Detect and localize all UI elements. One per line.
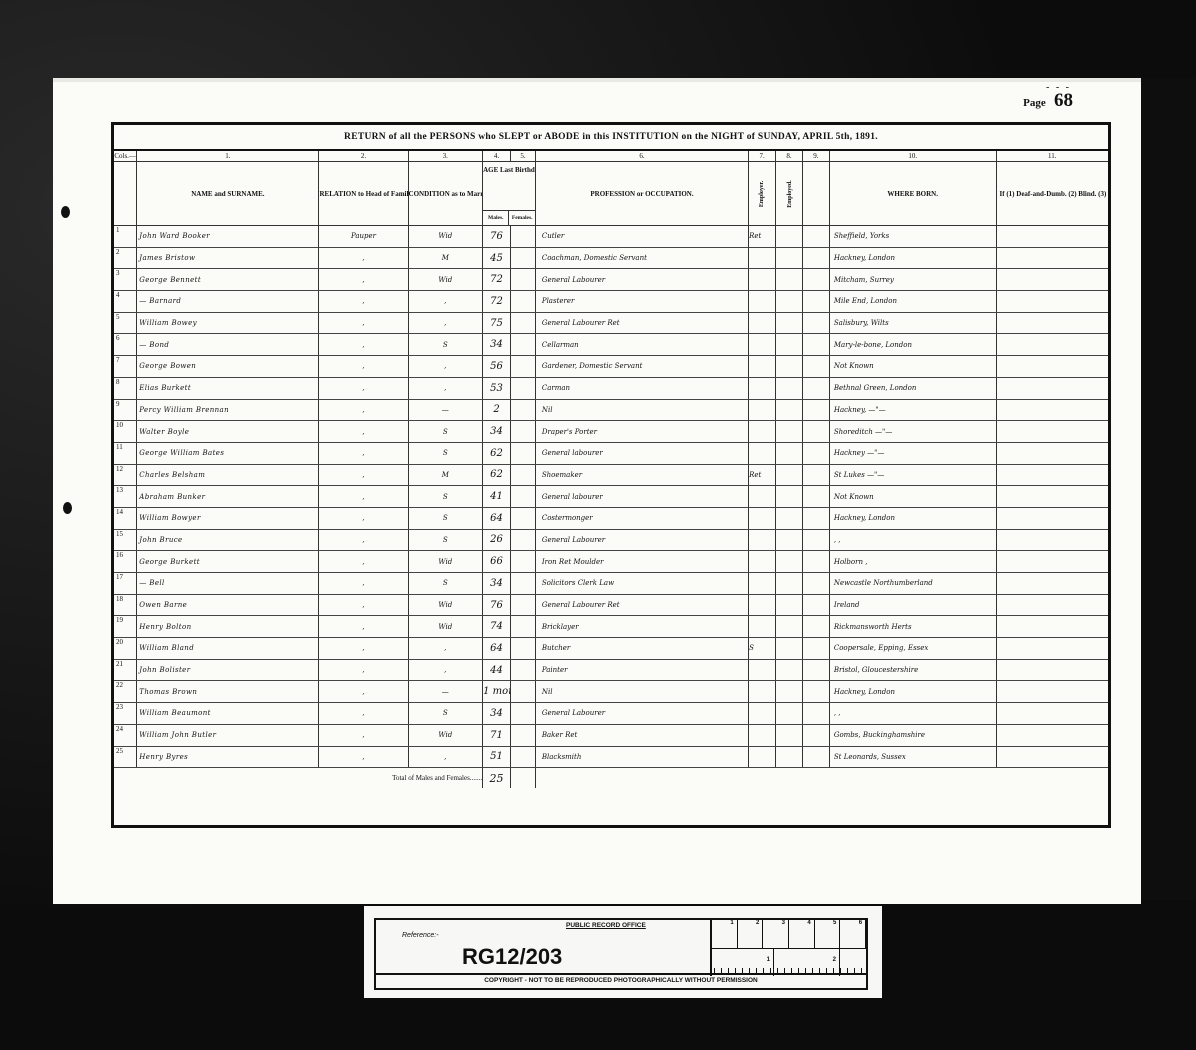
employed-cell <box>776 226 803 248</box>
relation-cell: , <box>319 659 408 681</box>
relation-cell: Pauper <box>319 226 408 248</box>
row-number: 4 <box>114 291 137 313</box>
relation-cell: , <box>319 507 408 529</box>
females-header: Females. <box>509 211 534 225</box>
where-born-cell: Bethnal Green, London <box>829 377 996 399</box>
where-born-cell: Newcastle Northumberland <box>829 573 996 595</box>
employed-header: Employed. <box>776 162 803 226</box>
infirmity-cell <box>996 377 1108 399</box>
employer-cell: Ret <box>749 464 776 486</box>
employer-cell <box>749 312 776 334</box>
female-age-cell <box>511 334 536 356</box>
table-row: 15John Bruce,S26General Labourer, , <box>114 529 1108 551</box>
where-born-cell: Shoreditch —"— <box>829 421 996 443</box>
where-born-cell: Not Known <box>829 356 996 378</box>
name-cell: John Bolister <box>137 659 319 681</box>
infirmity-cell <box>996 638 1108 660</box>
census-table: Cols.— 1. 2. 3. 4. 5. 6. 7. 8. 9. 10. 11… <box>114 151 1108 788</box>
col-number: 6. <box>535 151 748 162</box>
name-cell: — Barnard <box>137 291 319 313</box>
employed-header-label: Employed. <box>786 180 794 208</box>
relation-cell: , <box>319 724 408 746</box>
col-number: 3. <box>408 151 483 162</box>
female-age-cell <box>511 464 536 486</box>
occupation-cell: Plasterer <box>535 291 748 313</box>
table-row: 5William Bowey,,75General Labourer RetSa… <box>114 312 1108 334</box>
own-account-cell <box>802 247 829 269</box>
col-number: 8. <box>776 151 803 162</box>
relation-cell: , <box>319 356 408 378</box>
infirmity-cell <box>996 421 1108 443</box>
male-age-cell: 34 <box>483 703 511 725</box>
total-males: 25 <box>483 768 511 789</box>
infirmity-cell <box>996 399 1108 421</box>
male-age-cell: 34 <box>483 573 511 595</box>
female-age-cell <box>511 486 536 508</box>
male-age-cell: 53 <box>483 377 511 399</box>
where-born-cell: St Leonards, Sussex <box>829 746 996 768</box>
employed-cell <box>776 356 803 378</box>
relation-cell: , <box>319 312 408 334</box>
reference-card: Reference:- PUBLIC RECORD OFFICE RG12/20… <box>364 906 882 998</box>
own-account-cell <box>802 659 829 681</box>
occupation-cell: Butcher <box>535 638 748 660</box>
where-born-cell: , , <box>829 529 996 551</box>
name-cell: William Bowey <box>137 312 319 334</box>
employer-cell <box>749 269 776 291</box>
occupation-cell: General Labourer <box>535 269 748 291</box>
public-record-office-label: PUBLIC RECORD OFFICE <box>566 922 646 929</box>
where-born-cell: Not Known <box>829 486 996 508</box>
where-born-cell: Mitcham, Surrey <box>829 269 996 291</box>
table-row: 25Henry Byres,,51BlacksmithSt Leonards, … <box>114 746 1108 768</box>
own-account-cell <box>802 377 829 399</box>
male-age-cell: 34 <box>483 334 511 356</box>
where-born-cell: Rickmansworth Herts <box>829 616 996 638</box>
table-row: 19Henry Bolton,Wid74BricklayerRickmanswo… <box>114 616 1108 638</box>
infirmity-cell <box>996 247 1108 269</box>
where-born-cell: Mile End, London <box>829 291 996 313</box>
own-account-cell <box>802 594 829 616</box>
condition-cell: Wid <box>408 616 483 638</box>
occupation-header: PROFESSION or OCCUPATION. <box>535 162 748 226</box>
male-age-cell: 76 <box>483 226 511 248</box>
occupation-cell: Bricklayer <box>535 616 748 638</box>
female-age-cell <box>511 681 536 703</box>
male-age-cell: 74 <box>483 616 511 638</box>
name-cell: Owen Barne <box>137 594 319 616</box>
male-age-cell: 64 <box>483 638 511 660</box>
employed-cell <box>776 724 803 746</box>
occupation-cell: Painter <box>535 659 748 681</box>
occupation-cell: Gardener, Domestic Servant <box>535 356 748 378</box>
female-age-cell <box>511 312 536 334</box>
row-number: 3 <box>114 269 137 291</box>
name-cell: William John Butler <box>137 724 319 746</box>
row-number: 19 <box>114 616 137 638</box>
employed-cell <box>776 746 803 768</box>
condition-cell: S <box>408 529 483 551</box>
table-row: 7George Bowen,,56Gardener, Domestic Serv… <box>114 356 1108 378</box>
where-born-cell: St Lukes —"— <box>829 464 996 486</box>
condition-cell: S <box>408 486 483 508</box>
table-row: 14William Bowyer,S64CostermongerHackney,… <box>114 507 1108 529</box>
name-cell: Percy William Brennan <box>137 399 319 421</box>
female-age-cell <box>511 659 536 681</box>
row-number: 2 <box>114 247 137 269</box>
table-row: 17— Bell,S34Solicitors Clerk LawNewcastl… <box>114 573 1108 595</box>
name-cell: Elias Burkett <box>137 377 319 399</box>
binding-hole-icon <box>63 502 72 514</box>
condition-cell: Wid <box>408 724 483 746</box>
employed-cell <box>776 551 803 573</box>
infirmity-header: If (1) Deaf-and-Dumb. (2) Blind. (3) Lun… <box>996 162 1108 226</box>
own-account-cell <box>802 269 829 291</box>
employed-cell <box>776 421 803 443</box>
ruler-mark: 3 <box>763 920 789 948</box>
ruler-bottom: 1 2 <box>712 949 866 976</box>
row-number: 13 <box>114 486 137 508</box>
name-cell: Charles Belsham <box>137 464 319 486</box>
col-number: 4. <box>483 151 511 162</box>
col-number: 9. <box>802 151 829 162</box>
employer-cell <box>749 724 776 746</box>
table-row: 10Walter Boyle,S34Draper's PorterShoredi… <box>114 421 1108 443</box>
where-born-cell: Bristol, Gloucestershire <box>829 659 996 681</box>
table-row: 9Percy William Brennan,—2NilHackney, —"— <box>114 399 1108 421</box>
census-page: - - - Page 68 RETURN of all the PERSONS … <box>53 78 1141 904</box>
male-age-cell: 26 <box>483 529 511 551</box>
employed-cell <box>776 291 803 313</box>
relation-cell: , <box>319 399 408 421</box>
condition-cell: Wid <box>408 594 483 616</box>
employed-cell <box>776 529 803 551</box>
employer-cell: Ret <box>749 226 776 248</box>
own-account-cell <box>802 421 829 443</box>
name-cell: Abraham Bunker <box>137 486 319 508</box>
employer-cell <box>749 377 776 399</box>
female-age-cell <box>511 594 536 616</box>
condition-cell: S <box>408 573 483 595</box>
col-number: 11. <box>996 151 1108 162</box>
own-account-cell <box>802 507 829 529</box>
infirmity-cell <box>996 486 1108 508</box>
own-account-cell <box>802 312 829 334</box>
female-age-cell <box>511 638 536 660</box>
row-number-header <box>114 162 137 226</box>
condition-cell: S <box>408 334 483 356</box>
row-number: 18 <box>114 594 137 616</box>
row-number: 9 <box>114 399 137 421</box>
name-cell: William Bland <box>137 638 319 660</box>
col-number: 5. <box>511 151 536 162</box>
employer-cell <box>749 573 776 595</box>
male-age-cell: 75 <box>483 312 511 334</box>
employer-cell <box>749 529 776 551</box>
relation-cell: , <box>319 247 408 269</box>
own-account-cell <box>802 638 829 660</box>
employer-cell <box>749 681 776 703</box>
employer-cell <box>749 486 776 508</box>
employer-cell <box>749 356 776 378</box>
relation-cell: , <box>319 594 408 616</box>
own-account-cell <box>802 573 829 595</box>
infirmity-cell <box>996 529 1108 551</box>
female-age-cell <box>511 399 536 421</box>
own-account-cell <box>802 529 829 551</box>
page-label: Page <box>1023 97 1046 109</box>
cols-label: Cols.— <box>114 151 137 162</box>
row-number: 7 <box>114 356 137 378</box>
males-header: Males. <box>483 211 509 225</box>
employed-cell <box>776 573 803 595</box>
employer-cell <box>749 551 776 573</box>
male-age-cell: 56 <box>483 356 511 378</box>
table-row: 4— Barnard,,72PlastererMile End, London <box>114 291 1108 313</box>
employed-cell <box>776 486 803 508</box>
infirmity-cell <box>996 442 1108 464</box>
female-age-cell <box>511 356 536 378</box>
condition-cell: Wid <box>408 269 483 291</box>
relation-cell: , <box>319 551 408 573</box>
condition-cell: , <box>408 659 483 681</box>
occupation-cell: General labourer <box>535 486 748 508</box>
employer-header: Employer. <box>749 162 776 226</box>
infirmity-cell <box>996 269 1108 291</box>
employer-cell <box>749 291 776 313</box>
condition-cell: M <box>408 247 483 269</box>
relation-cell: , <box>319 638 408 660</box>
table-row: 1John Ward BookerPauperWid76CutlerRetShe… <box>114 226 1108 248</box>
occupation-cell: Shoemaker <box>535 464 748 486</box>
column-header-row: NAME and SURNAME. RELATION to Head of Fa… <box>114 162 1108 226</box>
occupation-cell: Carman <box>535 377 748 399</box>
name-cell: — Bell <box>137 573 319 595</box>
condition-cell: , <box>408 291 483 313</box>
infirmity-cell <box>996 724 1108 746</box>
relation-cell: , <box>319 377 408 399</box>
relation-cell: , <box>319 291 408 313</box>
employed-cell <box>776 399 803 421</box>
where-born-cell: Ireland <box>829 594 996 616</box>
where-born-cell: Hackney, London <box>829 507 996 529</box>
where-born-cell: Hackney, London <box>829 247 996 269</box>
female-age-cell <box>511 616 536 638</box>
male-age-cell: 44 <box>483 659 511 681</box>
employed-cell <box>776 442 803 464</box>
employer-header-label: Employer. <box>758 181 766 207</box>
condition-cell: S <box>408 507 483 529</box>
employer-cell <box>749 442 776 464</box>
occupation-cell: Solicitors Clerk Law <box>535 573 748 595</box>
male-age-cell: 2 <box>483 399 511 421</box>
occupation-cell: Draper's Porter <box>535 421 748 443</box>
occupation-cell: Baker Ret <box>535 724 748 746</box>
total-row: Total of Males and Females....... 25 <box>114 768 1108 789</box>
own-account-cell <box>802 703 829 725</box>
table-row: 12Charles Belsham,M62ShoemakerRetSt Luke… <box>114 464 1108 486</box>
occupation-cell: General Labourer Ret <box>535 594 748 616</box>
name-cell: John Ward Booker <box>137 226 319 248</box>
male-age-cell: 41 <box>483 486 511 508</box>
row-number: 15 <box>114 529 137 551</box>
name-cell: Henry Byres <box>137 746 319 768</box>
name-cell: George William Bates <box>137 442 319 464</box>
female-age-cell <box>511 247 536 269</box>
row-number: 14 <box>114 507 137 529</box>
relation-cell: , <box>319 529 408 551</box>
relation-cell: , <box>319 616 408 638</box>
employer-cell <box>749 616 776 638</box>
employed-cell <box>776 681 803 703</box>
infirmity-cell <box>996 507 1108 529</box>
scale-ruler: 1 2 3 4 5 6 1 2 <box>710 920 866 976</box>
employer-cell <box>749 421 776 443</box>
table-row: 24William John Butler,Wid71Baker RetGomb… <box>114 724 1108 746</box>
infirmity-cell <box>996 573 1108 595</box>
reference-label: Reference:- <box>402 932 439 939</box>
infirmity-cell <box>996 659 1108 681</box>
total-row-filler <box>535 768 1108 789</box>
where-born-cell: Hackney, —"— <box>829 399 996 421</box>
employer-cell <box>749 659 776 681</box>
condition-cell: S <box>408 442 483 464</box>
where-born-cell: Gombs, Buckinghamshire <box>829 724 996 746</box>
own-account-cell <box>802 464 829 486</box>
employed-cell <box>776 594 803 616</box>
infirmity-cell <box>996 594 1108 616</box>
condition-cell: , <box>408 312 483 334</box>
employer-cell <box>749 703 776 725</box>
infirmity-cell <box>996 334 1108 356</box>
ruler-mark: 2 <box>738 920 764 948</box>
female-age-cell <box>511 746 536 768</box>
occupation-cell: Coachman, Domestic Servant <box>535 247 748 269</box>
name-header: NAME and SURNAME. <box>137 162 319 226</box>
name-cell: John Bruce <box>137 529 319 551</box>
condition-cell: Wid <box>408 226 483 248</box>
own-account-header: Neither Employer nor Employed, but worki… <box>802 162 829 226</box>
female-age-cell <box>511 703 536 725</box>
relation-cell: , <box>319 573 408 595</box>
male-age-cell: 76 <box>483 594 511 616</box>
name-cell: George Bennett <box>137 269 319 291</box>
employed-cell <box>776 312 803 334</box>
infirmity-cell <box>996 681 1108 703</box>
condition-cell: , <box>408 638 483 660</box>
occupation-cell: Iron Ret Moulder <box>535 551 748 573</box>
name-cell: Henry Bolton <box>137 616 319 638</box>
female-age-cell <box>511 442 536 464</box>
total-label: Total of Males and Females....... <box>114 768 483 789</box>
occupation-cell: General Labourer <box>535 703 748 725</box>
relation-cell: , <box>319 442 408 464</box>
occupation-cell: Costermonger <box>535 507 748 529</box>
male-age-cell: 62 <box>483 442 511 464</box>
employed-cell <box>776 464 803 486</box>
table-row: 8Elias Burkett,,53CarmanBethnal Green, L… <box>114 377 1108 399</box>
table-row: 13Abraham Bunker,S41General labourerNot … <box>114 486 1108 508</box>
row-number: 12 <box>114 464 137 486</box>
infirmity-cell <box>996 551 1108 573</box>
female-age-cell <box>511 377 536 399</box>
col-number: 7. <box>749 151 776 162</box>
own-account-cell <box>802 486 829 508</box>
census-return-form: RETURN of all the PERSONS who SLEPT or A… <box>111 122 1111 828</box>
own-account-cell <box>802 334 829 356</box>
employed-cell <box>776 616 803 638</box>
own-account-cell <box>802 616 829 638</box>
row-number: 25 <box>114 746 137 768</box>
employed-cell <box>776 334 803 356</box>
row-number: 5 <box>114 312 137 334</box>
row-number: 1 <box>114 226 137 248</box>
row-number: 6 <box>114 334 137 356</box>
census-rows: 1John Ward BookerPauperWid76CutlerRetShe… <box>114 226 1108 768</box>
condition-cell: Wid <box>408 551 483 573</box>
table-row: 2James Bristow,M45Coachman, Domestic Ser… <box>114 247 1108 269</box>
occupation-cell: Blacksmith <box>535 746 748 768</box>
row-number: 17 <box>114 573 137 595</box>
employed-cell <box>776 269 803 291</box>
relation-header: RELATION to Head of Family, or Position … <box>319 162 408 226</box>
name-cell: William Beaumont <box>137 703 319 725</box>
employer-cell <box>749 334 776 356</box>
male-age-cell: 72 <box>483 269 511 291</box>
female-age-cell <box>511 269 536 291</box>
employer-cell: S <box>749 638 776 660</box>
occupation-cell: Nil <box>535 399 748 421</box>
infirmity-cell <box>996 616 1108 638</box>
employed-cell <box>776 638 803 660</box>
own-account-cell <box>802 291 829 313</box>
ruler-mark: 4 <box>789 920 815 948</box>
age-header-label: AGE Last Birthday. <box>483 162 535 211</box>
page-number-value: 68 <box>1054 90 1073 111</box>
infirmity-cell <box>996 356 1108 378</box>
column-number-row: Cols.— 1. 2. 3. 4. 5. 6. 7. 8. 9. 10. 11… <box>114 151 1108 162</box>
female-age-cell <box>511 291 536 313</box>
condition-cell: S <box>408 703 483 725</box>
binding-hole-icon <box>61 206 70 218</box>
infirmity-cell <box>996 312 1108 334</box>
condition-cell: , <box>408 356 483 378</box>
own-account-cell <box>802 442 829 464</box>
name-cell: George Burkett <box>137 551 319 573</box>
name-cell: Thomas Brown <box>137 681 319 703</box>
employer-cell <box>749 247 776 269</box>
table-row: 18Owen Barne,Wid76General Labourer RetIr… <box>114 594 1108 616</box>
ruler-mark: 1 <box>712 920 738 948</box>
male-age-cell: 72 <box>483 291 511 313</box>
condition-cell: S <box>408 421 483 443</box>
total-females <box>511 768 536 789</box>
where-born-cell: Coopersale, Epping, Essex <box>829 638 996 660</box>
occupation-cell: Cutler <box>535 226 748 248</box>
condition-header: CONDITION as to Marriage. <box>408 162 483 226</box>
relation-cell: , <box>319 464 408 486</box>
row-number: 22 <box>114 681 137 703</box>
condition-cell: M <box>408 464 483 486</box>
employed-cell <box>776 247 803 269</box>
infirmity-cell <box>996 464 1108 486</box>
where-born-cell: Salisbury, Wilts <box>829 312 996 334</box>
female-age-cell <box>511 421 536 443</box>
row-number: 16 <box>114 551 137 573</box>
infirmity-cell <box>996 746 1108 768</box>
female-age-cell <box>511 551 536 573</box>
condition-cell: — <box>408 399 483 421</box>
